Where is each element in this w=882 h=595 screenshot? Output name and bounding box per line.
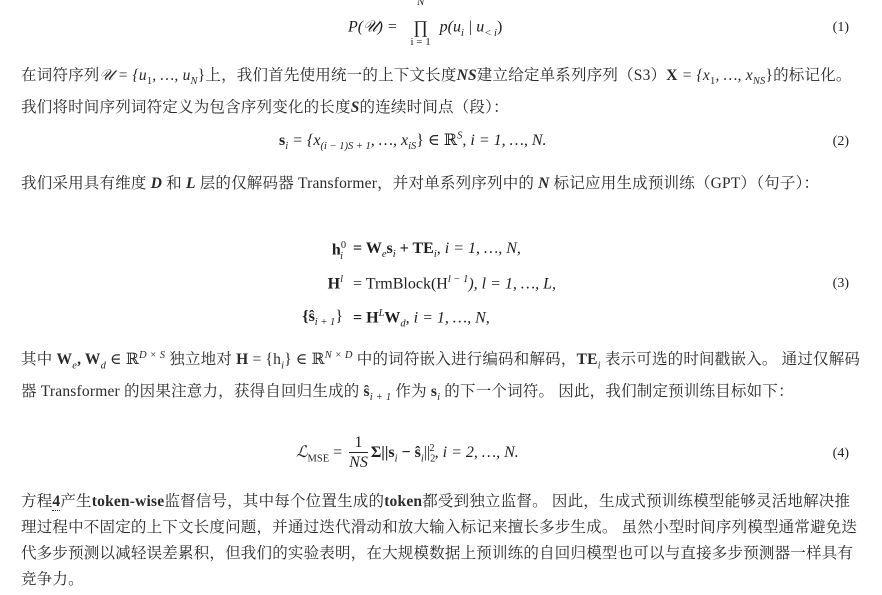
math: W: [56, 351, 72, 368]
math: S: [351, 99, 360, 116]
math-sub: MSE: [308, 453, 330, 464]
text: 其中: [21, 351, 56, 368]
paragraph-1: 在词符序列𝒰 = {u1, …, uN}上，我们首先使用统一的上下文长度NS建立…: [21, 63, 863, 121]
text: 监督信号，其中每个位置生成的: [164, 493, 384, 510]
math: 𝒰 = {u: [100, 67, 147, 84]
math: , i = 1, …, N.: [462, 132, 546, 149]
eq3-row2-lhs: Hl: [283, 274, 343, 293]
eq1-end: ): [497, 19, 502, 36]
math: N: [538, 175, 549, 192]
equation-3: h0i = Wesi + TEi, i = 1, …, N, Hl = TrmB…: [0, 240, 882, 335]
equation-2: si = {x(i − 1)S + 1, …, xiS} ∈ ℝS, i = 1…: [0, 128, 882, 158]
text: 的下一个词符。 因此，我们制定预训练目标如下：: [440, 383, 794, 400]
math: } ∈ ℝ: [416, 132, 457, 149]
text: 标记应用生成预训练（GPT）（句子）：: [550, 175, 820, 192]
text-bold: token: [384, 493, 422, 510]
math-sub: i + 1: [370, 392, 392, 403]
math: = {h: [248, 351, 281, 368]
text: 建立给定单系列序列（S3）: [477, 67, 666, 84]
math-sup: l − 1: [448, 274, 469, 285]
prod-upper: N: [406, 0, 436, 8]
math: = {x: [678, 67, 710, 84]
equation-1: P(𝒰) = N ∏ i = 1 p(ui | u< i) (1): [0, 16, 882, 46]
math-sub: N: [191, 76, 198, 87]
math: =: [329, 444, 346, 461]
math: + TE: [396, 240, 434, 257]
math: , i = 1, …, N,: [406, 309, 490, 326]
math-sub: i: [340, 251, 343, 262]
math: }: [335, 308, 343, 325]
text: 的连续时间点（段）：: [360, 99, 509, 116]
math-sub: (i − 1)S + 1: [320, 141, 370, 152]
fraction-numerator: 1: [349, 434, 368, 453]
paper-page: P(𝒰) = N ∏ i = 1 p(ui | u< i) (1) 在词符序列𝒰…: [0, 0, 882, 595]
prod-lower: i = 1: [406, 36, 436, 48]
math: , …, x: [371, 132, 408, 149]
equation-number-2: (2): [833, 134, 849, 150]
paragraph-4: 方程4产生token-wise监督信号，其中每个位置生成的token都受到独立监…: [21, 489, 863, 593]
math: Σ||s: [371, 444, 395, 461]
eq1-lhs: P(𝒰) =: [348, 19, 398, 36]
fraction-denominator: NS: [349, 453, 368, 473]
eq3-row1-lhs: h0i: [283, 240, 343, 262]
text: }上，我们首先使用统一的上下文长度: [198, 67, 457, 84]
math: {ŝ: [302, 308, 315, 325]
math: , i = 1, …, N,: [437, 240, 521, 257]
math: , …, x: [715, 67, 752, 84]
text: 我们采用具有维度: [21, 175, 151, 192]
math: , i = 2, …, N.: [435, 444, 519, 461]
eq3-row3-lhs: {ŝi + 1}: [283, 308, 343, 328]
equation-number-1: (1): [833, 20, 849, 36]
text: 在词符序列: [21, 67, 100, 84]
text: 方程: [21, 493, 52, 510]
equation-4-body: ℒMSE = 1NSΣ||si − ŝi||22, i = 2, …, N.: [296, 434, 519, 473]
math-sup: N × D: [325, 350, 353, 361]
math-sub: NS: [753, 76, 766, 87]
math: ℒ: [296, 444, 308, 461]
equation-number-3: (3): [833, 276, 849, 292]
math: L: [186, 175, 196, 192]
math: , …, u: [152, 67, 190, 84]
text: 层的仅解码器 Transformer，并对单系列序列中的: [196, 175, 539, 192]
math: ), l = 1, …, L,: [468, 275, 556, 292]
equation-4: ℒMSE = 1NSΣ||si − ŝi||22, i = 2, …, N. (…: [0, 434, 882, 478]
math-sub: i + 1: [315, 317, 336, 328]
math-sup: l: [340, 274, 343, 285]
math: D: [151, 175, 162, 192]
math-sup: 0: [341, 240, 346, 251]
math: − ŝ: [397, 444, 420, 461]
math: = TrmBlock(H: [353, 275, 448, 292]
text: 产生: [60, 493, 91, 510]
eq3-row3-rhs: = HLWd, i = 1, …, N,: [353, 308, 490, 330]
eq3-row1-rhs: = Wesi + TEi, i = 1, …, N,: [353, 240, 521, 260]
math: = {x: [288, 132, 320, 149]
equation-3-aligned: h0i = Wesi + TEi, i = 1, …, N, Hl = TrmB…: [283, 240, 583, 335]
text-bold: token-wise: [92, 493, 165, 510]
math: TE: [577, 351, 598, 368]
math: H: [328, 275, 340, 292]
prod-symbol: ∏: [413, 17, 428, 37]
math-sup: D × S: [139, 350, 165, 361]
math: = W: [353, 240, 382, 257]
text: 中的词符嵌入进行编码和解码，: [353, 351, 577, 368]
math: } ∈ ℝ: [284, 351, 325, 368]
eq1-mid: | u: [464, 19, 484, 36]
eq1-rhs: p(u: [440, 19, 461, 36]
math: W: [384, 309, 400, 326]
paragraph-2: 我们采用具有维度 D 和 L 层的仅解码器 Transformer，并对单系列序…: [21, 171, 863, 197]
eq3-row2-rhs: = TrmBlock(Hl − 1), l = 1, …, L,: [353, 274, 556, 293]
math: = H: [353, 309, 379, 326]
equation-number-4: (4): [833, 446, 849, 462]
equation-1-body: P(𝒰) = N ∏ i = 1 p(ui | u< i): [348, 18, 502, 39]
math: X: [666, 67, 677, 84]
fraction: 1NS: [349, 434, 368, 473]
equation-2-body: si = {x(i − 1)S + 1, …, xiS} ∈ ℝS, i = 1…: [279, 130, 547, 152]
text: 和: [162, 175, 186, 192]
eq1-sub2: < i: [484, 28, 497, 39]
math: ∈ ℝ: [106, 351, 139, 368]
paragraph-3: 其中 We, Wd ∈ ℝD × S 独立地对 H = {hi} ∈ ℝN × …: [21, 343, 863, 411]
math: H: [236, 351, 248, 368]
text: 独立地对: [165, 351, 236, 368]
math: NS: [457, 67, 477, 84]
math: , W: [77, 351, 101, 368]
product-operator: N ∏ i = 1: [406, 18, 436, 38]
text: 作为: [391, 383, 431, 400]
